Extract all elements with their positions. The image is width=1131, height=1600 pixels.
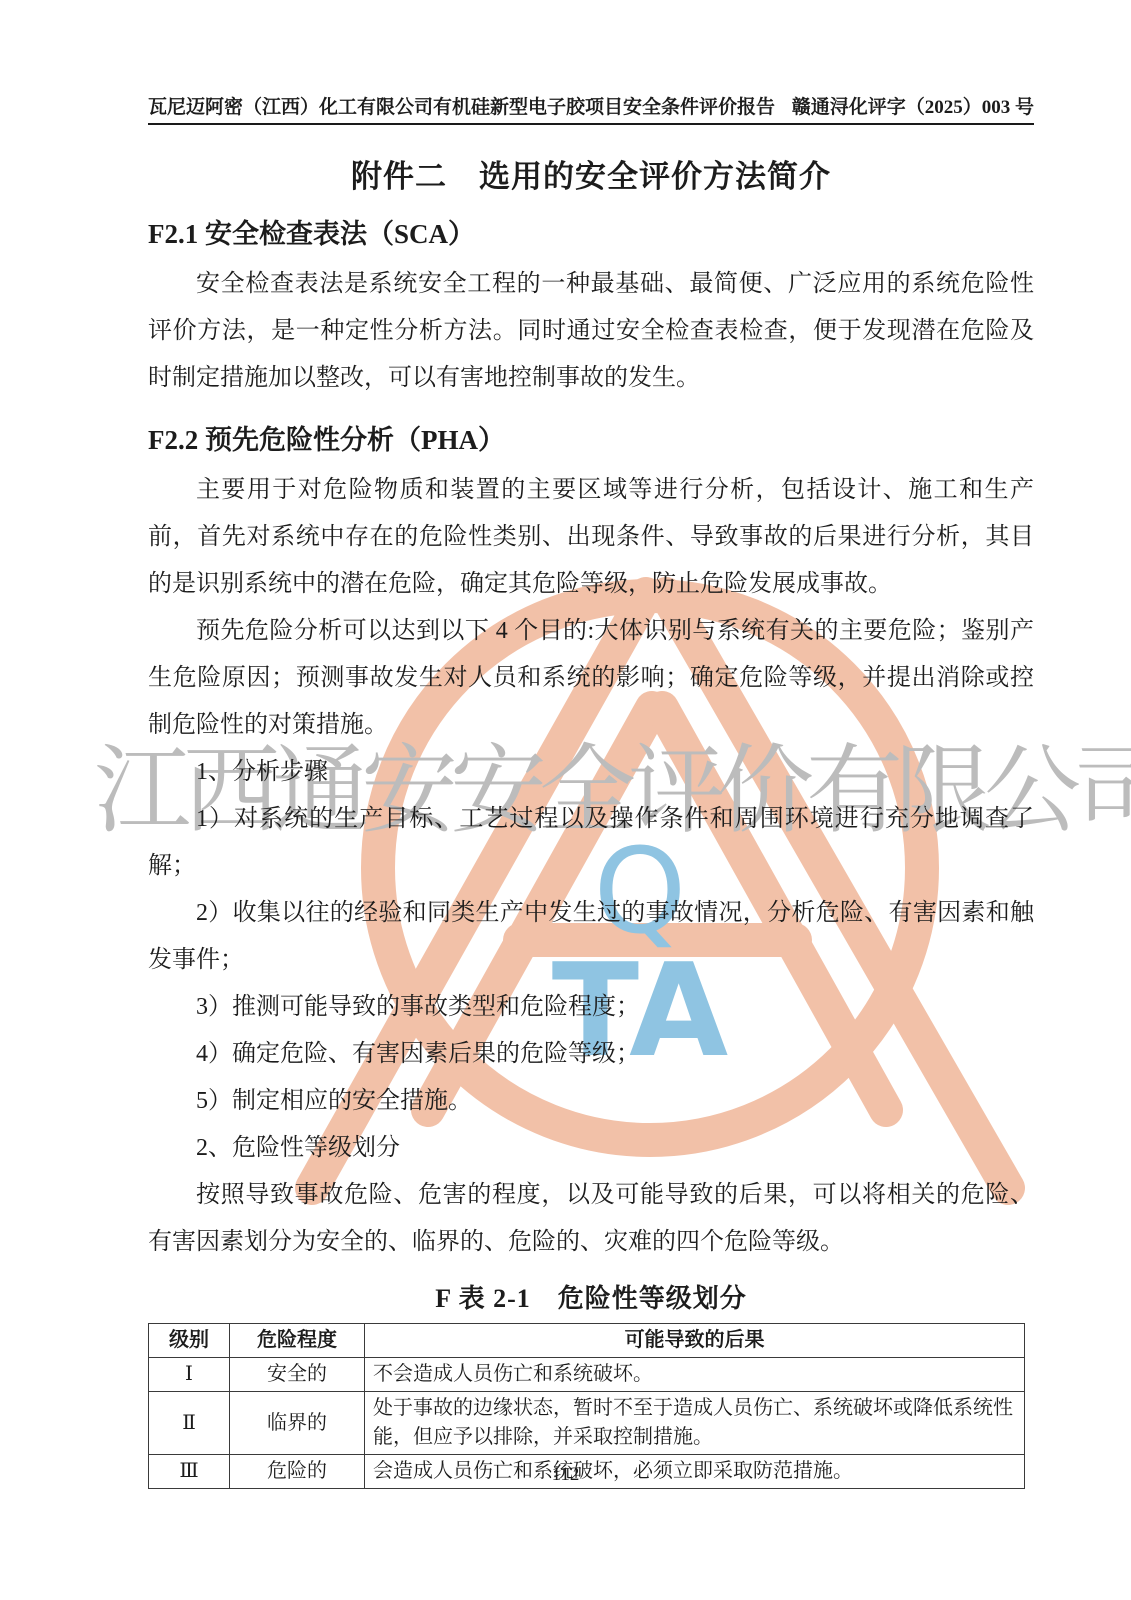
- table-header-row: 级别 危险程度 可能导致的后果: [149, 1324, 1025, 1358]
- table-caption: F 表 2-1 危险性等级划分: [148, 1278, 1034, 1315]
- paragraph: 按照导致事故危险、危害的程度，以及可能导致的后果，可以将相关的危险、有害因素划分…: [148, 1172, 1034, 1266]
- cell-result: 不会造成人员伤亡和系统破坏。: [365, 1358, 1025, 1392]
- list-item: 1）对系统的生产目标、工艺过程以及操作条件和周围环境进行充分地调查了解；: [148, 796, 1034, 890]
- list-item: 5）制定相应的安全措施。: [148, 1078, 1034, 1125]
- paragraph: 安全检查表法是系统安全工程的一种最基础、最简便、广泛应用的系统危险性评价方法，是…: [148, 261, 1034, 402]
- cell-level: Ⅱ: [149, 1392, 230, 1455]
- table-row: Ⅱ 临界的 处于事故的边缘状态，暂时不至于造成人员伤亡、系统破坏或降低系统性能，…: [149, 1392, 1025, 1455]
- col-header-degree: 危险程度: [230, 1324, 365, 1358]
- cell-degree: 临界的: [230, 1392, 365, 1455]
- cell-result: 处于事故的边缘状态，暂时不至于造成人员伤亡、系统破坏或降低系统性能，但应予以排除…: [365, 1392, 1025, 1455]
- col-header-result: 可能导致的后果: [365, 1324, 1025, 1358]
- paragraph: 主要用于对危险物质和装置的主要区域等进行分析，包括设计、施工和生产前，首先对系统…: [148, 467, 1034, 608]
- col-header-level: 级别: [149, 1324, 230, 1358]
- list-item: 2）收集以往的经验和同类生产中发生过的事故情况，分析危险、有害因素和触发事件；: [148, 890, 1034, 984]
- header-document-number: 赣通浔化评字（2025）003 号: [792, 92, 1034, 119]
- list-item: 1、分析步骤: [148, 749, 1034, 796]
- document-content: 瓦尼迈阿密（江西）化工有限公司有机硅新型电子胶项目安全条件评价报告 赣通浔化评字…: [0, 0, 1131, 1489]
- header-report-title: 瓦尼迈阿密（江西）化工有限公司有机硅新型电子胶项目安全条件评价报告: [148, 92, 775, 119]
- page-number: 112: [0, 1464, 1131, 1486]
- list-item: 3）推测可能导致的事故类型和危险程度；: [148, 984, 1034, 1031]
- paragraph: 预先危险分析可以达到以下 4 个目的:大体识别与系统有关的主要危险；鉴别产生危险…: [148, 608, 1034, 749]
- page-header: 瓦尼迈阿密（江西）化工有限公司有机硅新型电子胶项目安全条件评价报告 赣通浔化评字…: [148, 92, 1034, 125]
- cell-degree: 安全的: [230, 1358, 365, 1392]
- page-title: 附件二 选用的安全评价方法简介: [148, 151, 1034, 196]
- section-heading-f22: F2.2 预先危险性分析（PHA）: [148, 418, 1034, 457]
- section-heading-f21: F2.1 安全检查表法（SCA）: [148, 212, 1034, 251]
- list-item: 2、危险性等级划分: [148, 1125, 1034, 1172]
- table-row: Ⅰ 安全的 不会造成人员伤亡和系统破坏。: [149, 1358, 1025, 1392]
- cell-level: Ⅰ: [149, 1358, 230, 1392]
- list-item: 4）确定危险、有害因素后果的危险等级；: [148, 1031, 1034, 1078]
- document-page: 江西通安安全评价有限公司 Q TA 瓦尼迈阿密（江西）化工有限公司有机硅新型电子…: [0, 0, 1131, 1600]
